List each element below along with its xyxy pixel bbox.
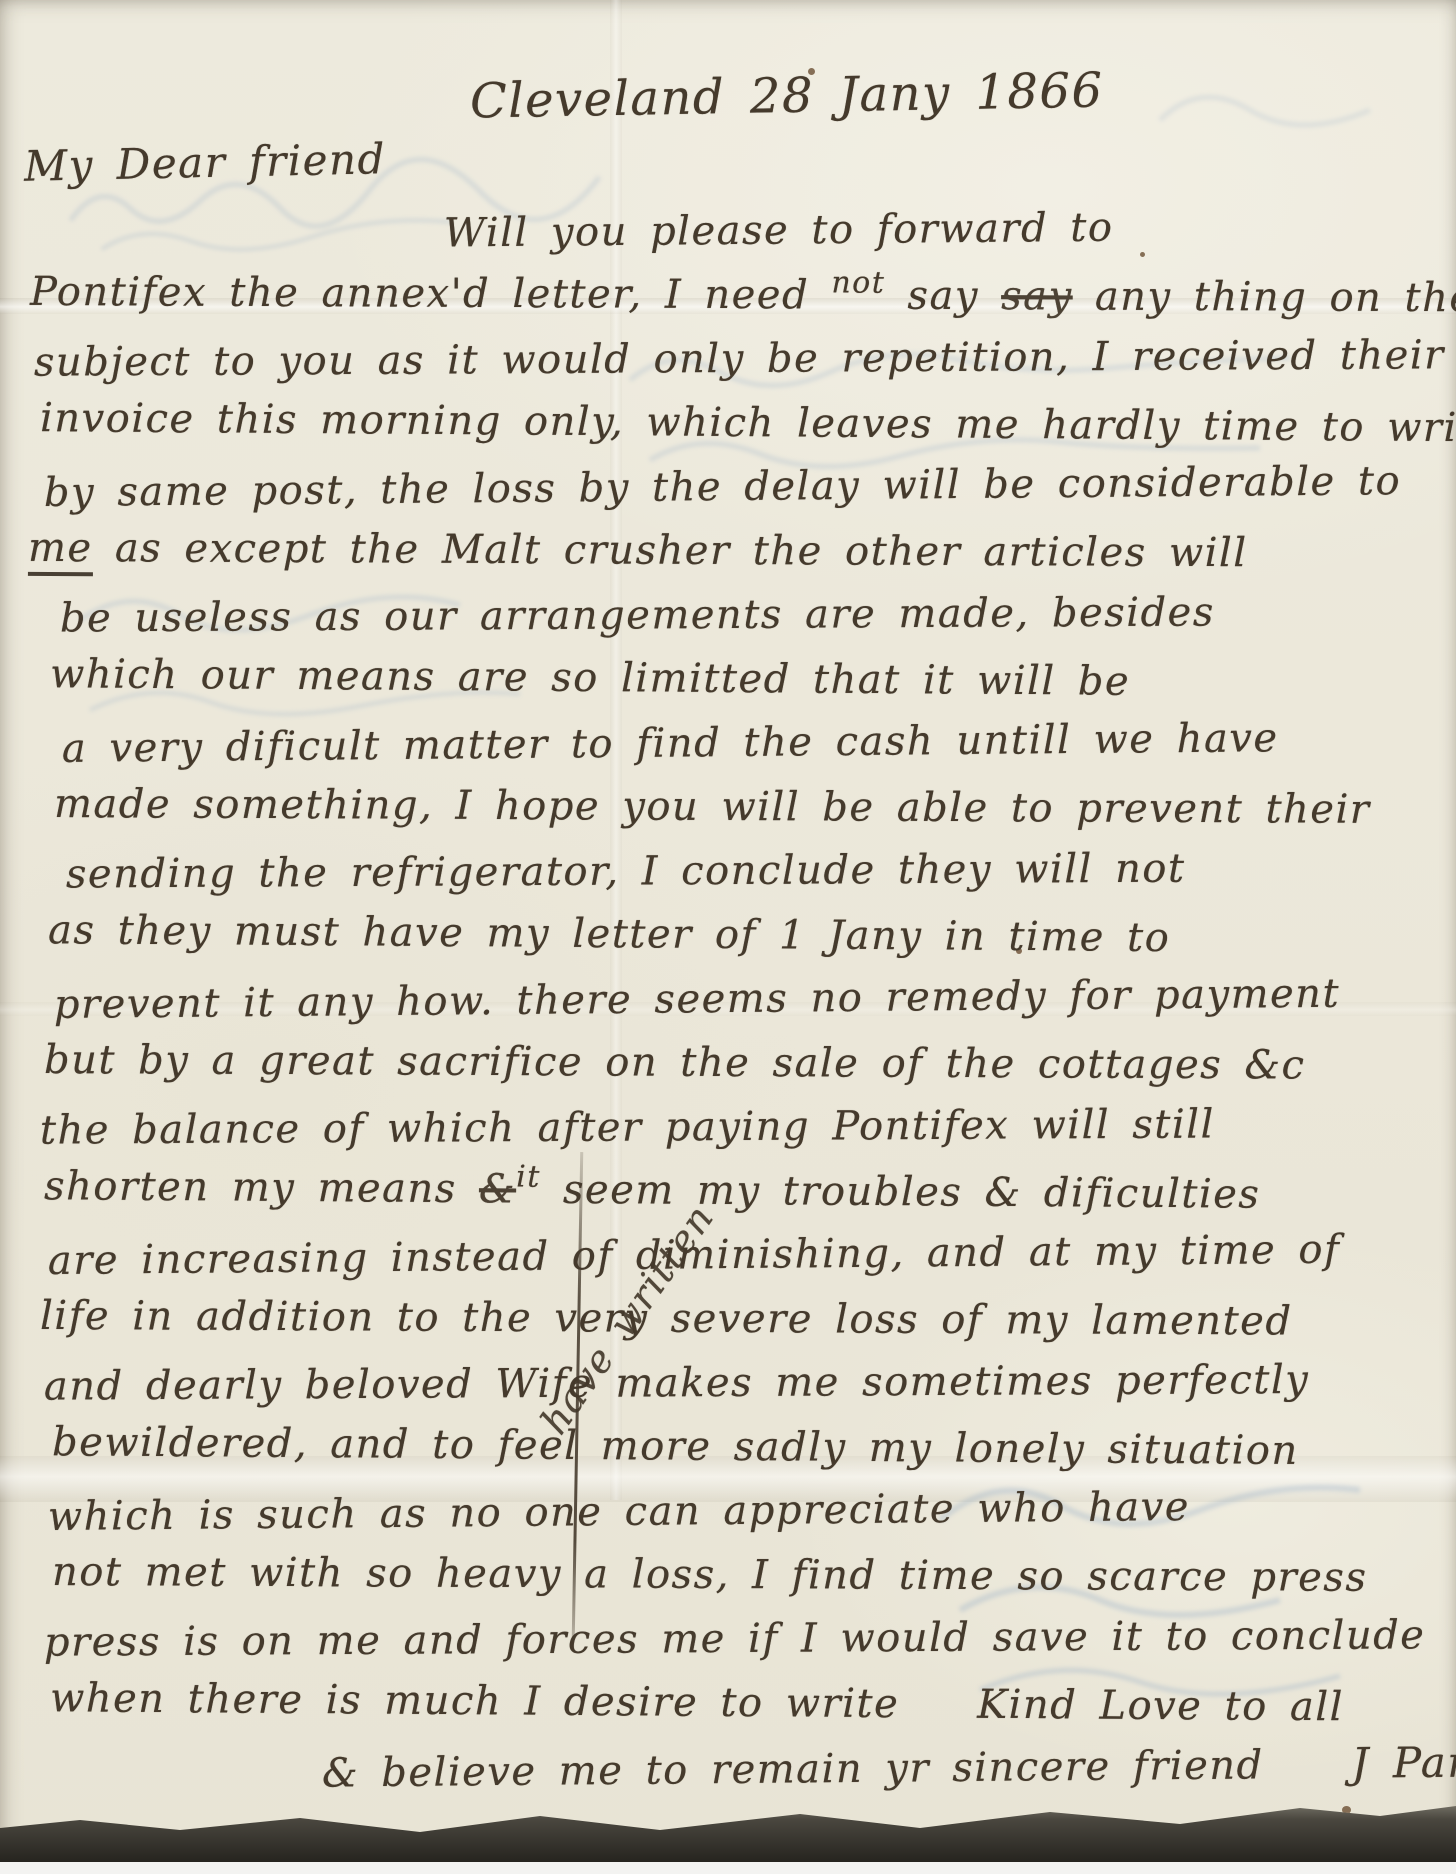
letter-line: me as except the Malt crusher the other …	[14, 525, 1450, 595]
letter-line: which is such as no one can appreciate w…	[14, 1482, 1451, 1559]
letter-line: sending the refrigerator, I conclude the…	[14, 844, 1450, 916]
letter-line: subject to you as it would only be repet…	[14, 332, 1450, 404]
letter-line: the balance of which after paying Pontif…	[14, 1100, 1450, 1172]
letter-text: bewildered, and to feel more sadly my lo…	[52, 1419, 1299, 1474]
letter-line: & believe me to remain yr sincere friend…	[14, 1738, 1451, 1815]
letter-text: seem my troubles & dificulties	[541, 1167, 1261, 1218]
letter-text: but by a great sacrifice on the sale of …	[44, 1037, 1306, 1089]
letter-body: Will you please to forward toPontifex th…	[14, 208, 1450, 1808]
letter-line: press is on me and forces me if I would …	[14, 1612, 1450, 1684]
letter-text: &	[479, 1166, 516, 1212]
letter-line: not met with so heavy a loss, I find tim…	[14, 1549, 1450, 1619]
letter-line: made something, I hope you will be able …	[14, 781, 1450, 851]
letter-text: as they must have my letter of 1 Jany in…	[48, 907, 1171, 961]
letter-text: me	[28, 525, 93, 576]
letter-text: as except the Malt crusher the other art…	[93, 525, 1248, 576]
letter-text: say	[1001, 273, 1073, 319]
letter-line: bewildered, and to feel more sadly my lo…	[14, 1419, 1450, 1493]
letter-text: which is such as no one can appreciate w…	[48, 1484, 1190, 1540]
dateline: Cleveland 28 Jany 1866	[470, 62, 1104, 129]
signature: J Parsons	[1351, 1737, 1456, 1788]
scanned-letter: Cleveland 28 Jany 1866 My Dear friend Wi…	[0, 0, 1456, 1874]
letter-text: made something, I hope you will be able …	[54, 781, 1371, 833]
letter-text: the balance of which after paying Pontif…	[40, 1101, 1215, 1153]
letter-text: say	[885, 273, 1001, 320]
letter-line: when there is much I desire to writeKind…	[14, 1675, 1450, 1749]
letter-text: subject to you as it would only be repet…	[34, 332, 1445, 385]
salutation: My Dear friend	[24, 134, 387, 191]
letter-text: not	[831, 265, 885, 300]
letter-text: sending the refrigerator, I conclude the…	[66, 846, 1186, 898]
letter-text: shorten my means	[44, 1163, 479, 1212]
letter-line: as they must have my letter of 1 Jany in…	[14, 907, 1450, 981]
letter-text: and dearly beloved Wife makes me sometim…	[44, 1357, 1310, 1410]
letter-text: a very dificult matter to find the cash …	[62, 715, 1279, 772]
letter-line: a very dificult matter to find the cash …	[14, 714, 1451, 791]
letter-line: prevent it any how. there seems no remed…	[14, 970, 1451, 1047]
letter-line: which our means are so limitted that it …	[14, 651, 1450, 725]
letter-text: Pontifex the annex'd letter, I need	[30, 269, 831, 318]
letter-text: & believe me to remain yr sincere friend	[322, 1742, 1264, 1796]
letter-paper: Cleveland 28 Jany 1866 My Dear friend Wi…	[0, 0, 1456, 1874]
letter-line: Will you please to forward to	[14, 202, 1451, 279]
letter-line: are increasing instead of diminishing, a…	[14, 1226, 1451, 1303]
letter-line: Pontifex the annex'd letter, I need not …	[14, 269, 1450, 339]
letter-text: prevent it any how. there seems no remed…	[54, 971, 1340, 1028]
letter-text: it	[516, 1159, 541, 1194]
letter-line: invoice this morning only, which leaves …	[14, 395, 1450, 469]
letter-text: invoice this morning only, which leaves …	[40, 395, 1456, 451]
letter-text: not met with so heavy a loss, I find tim…	[52, 1549, 1368, 1601]
letter-text: Will you please to forward to	[444, 205, 1114, 257]
letter-text: which our means are so limitted that it …	[50, 651, 1130, 705]
letter-line: shorten my means &it seem my troubles & …	[14, 1163, 1450, 1237]
letter-line: and dearly beloved Wife makes me sometim…	[14, 1356, 1450, 1428]
letter-text: any thing on the	[1073, 273, 1456, 321]
letter-line: but by a great sacrifice on the sale of …	[14, 1037, 1450, 1107]
letter-text: when there is much I desire to write	[50, 1675, 899, 1727]
letter-text: be useless as our arrangements are made,…	[60, 589, 1215, 641]
ink-showthrough	[1150, 50, 1430, 190]
letter-text: Kind Love to all	[977, 1682, 1344, 1731]
letter-line: by same post, the loss by the delay will…	[14, 458, 1451, 535]
letter-text: press is on me and forces me if I would …	[44, 1612, 1426, 1665]
letter-line: be useless as our arrangements are made,…	[14, 588, 1450, 660]
letter-line: life in addition to the very severe loss…	[14, 1293, 1450, 1363]
letter-text: by same post, the loss by the delay will…	[44, 458, 1402, 516]
